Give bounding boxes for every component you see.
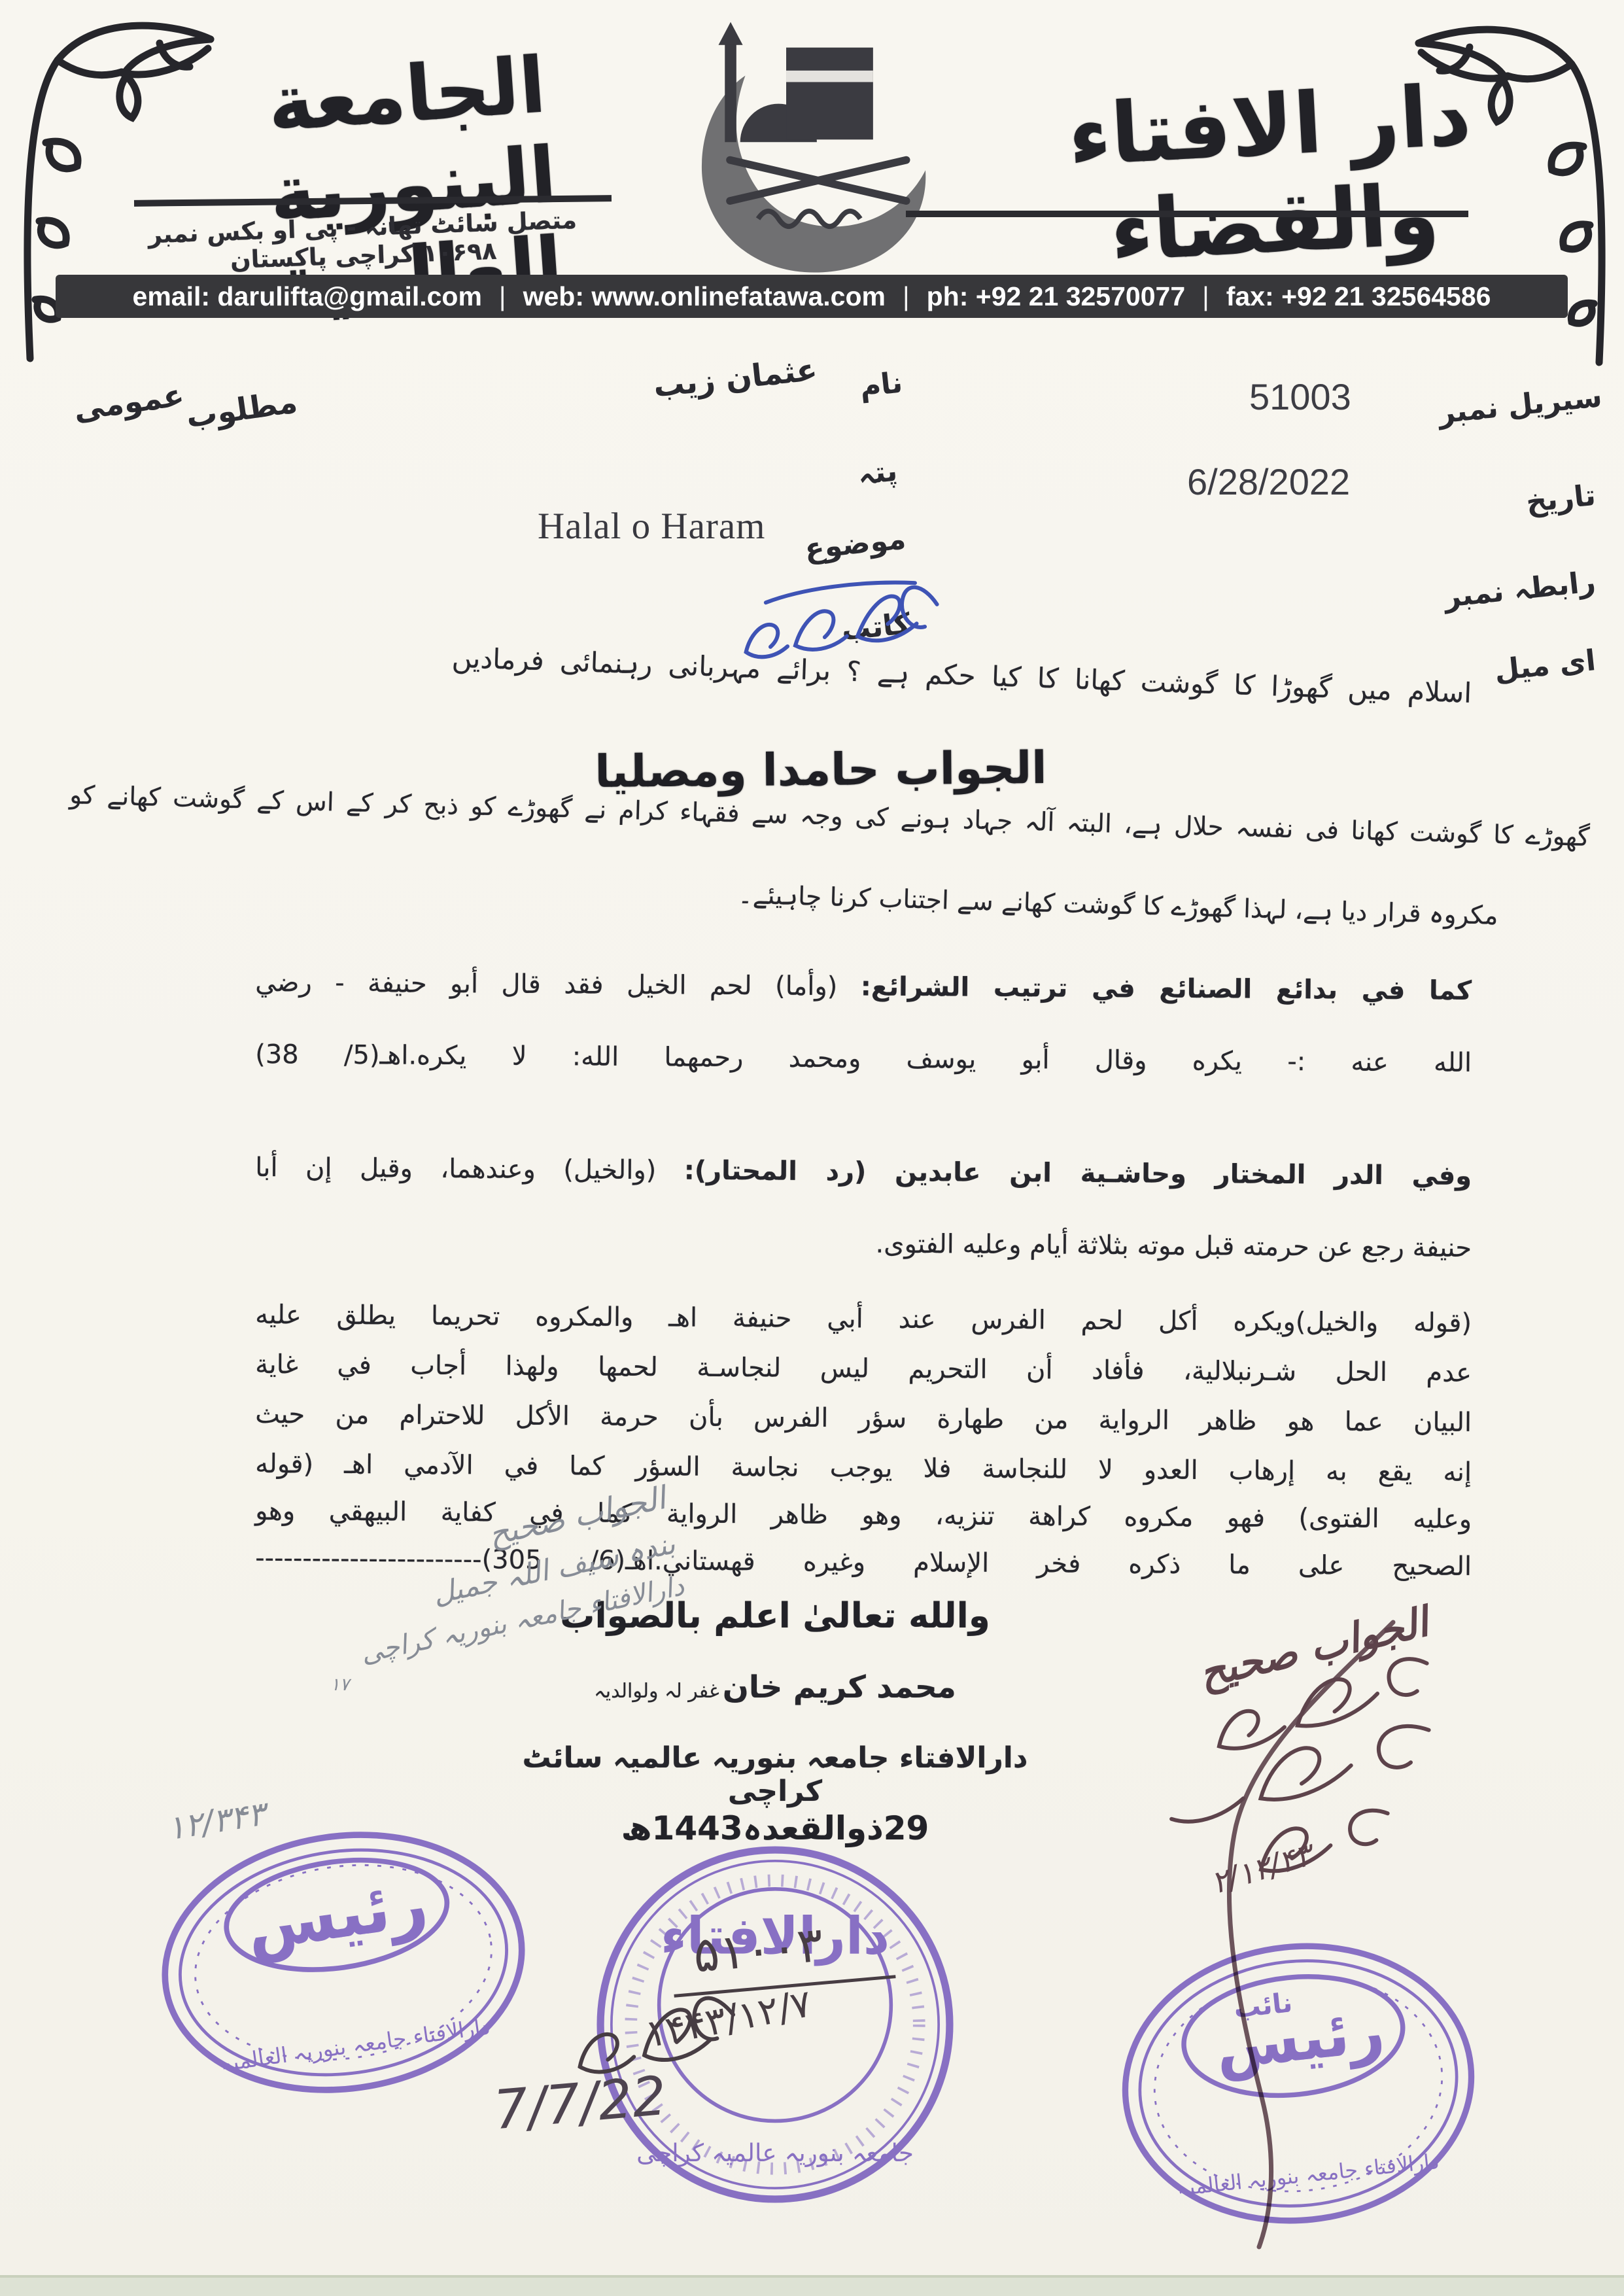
answer-line-2: مکروہ قرار دیا ہے، لہذا گھوڑے کا گوشت کھ… bbox=[69, 861, 1498, 956]
contact-number-label: رابطہ نمبر bbox=[1392, 565, 1597, 619]
contact-divider: | bbox=[1202, 281, 1209, 312]
contact-web: web: www.onlinefatawa.com bbox=[523, 281, 886, 312]
contact-divider: | bbox=[499, 281, 506, 312]
subject-value: Halal o Haram bbox=[538, 505, 819, 548]
contact-divider: | bbox=[903, 281, 910, 312]
vice-president-stamp: نائب رئیس دارالافتاء جامعہ بنوریہ العالم… bbox=[1099, 1908, 1496, 2259]
answer-line-6: حنيفة رجع عن حرمته قبل موته بثلاثة أيام … bbox=[255, 1225, 1472, 1288]
contact-email: email: darulifta@gmail.com bbox=[133, 281, 482, 312]
subject-label: موضوع bbox=[806, 522, 908, 565]
answer-line-5: وفي الدر المختار وحاشـية ابن عابدين (رد … bbox=[255, 1153, 1472, 1216]
answer-line-3: كما في بدائع الصنائع في ترتيب الشرائع: (… bbox=[255, 967, 1472, 1031]
contact-phone: ph: +92 21 32570077 bbox=[927, 281, 1186, 312]
fatwa-document-page: الجامعة البنورية العالمية متصل سائٹ تھان… bbox=[0, 0, 1624, 2296]
date-value: 6/28/2022 bbox=[1187, 461, 1390, 503]
serial-number-value: 51003 bbox=[1249, 375, 1393, 418]
serial-number-label: سیریل نمبر bbox=[1385, 380, 1604, 436]
name-value: عثمان زیب bbox=[659, 352, 819, 404]
mufti-suffix: غفر لہ ولوالدیہ bbox=[594, 1680, 719, 1703]
left-approval-number: ۱۷ bbox=[330, 1675, 349, 1695]
answer-heading: الجواب حامدا ومصلیا bbox=[592, 742, 1050, 798]
answer-line-4: الله عنه :- يكره وقال أبو يوسف ومحمد رحم… bbox=[255, 1039, 1472, 1103]
required-value: عمومی bbox=[71, 377, 186, 428]
dept-title-rule bbox=[906, 211, 1468, 217]
name-label: نام bbox=[816, 366, 905, 408]
mufti-name: محمد کریم خان bbox=[723, 1669, 956, 1705]
email-field-label: ای میل bbox=[1457, 644, 1597, 691]
required-label: مطلوب bbox=[191, 384, 300, 434]
serial-handwritten: ۵۱۰۰۳ bbox=[691, 1917, 825, 1984]
question-text: اسلام میں گھوڑا کا گوشت کھانا کا کیا حکم… bbox=[451, 642, 1472, 709]
svg-text:دارالافتاء جامعہ بنوریہ العالم: دارالافتاء جامعہ بنوریہ العالمیہ bbox=[218, 2014, 491, 2076]
date-label: تاریخ bbox=[1464, 479, 1597, 526]
mufti-signature-line: محمد کریم خان غفر لہ ولوالدیہ bbox=[579, 1669, 971, 1705]
address-label: پتہ bbox=[824, 454, 899, 495]
contact-bar: email: darulifta@gmail.com | web: www.on… bbox=[56, 275, 1568, 318]
jamia-crest-logo bbox=[661, 12, 968, 287]
president-stamp: رئیس دارالافتاء جامعہ بنوریہ العالمیہ bbox=[135, 1794, 551, 2131]
svg-text:جامعہ بنوریہ عالمیہ کراچی: جامعہ بنوریہ عالمیہ کراچی bbox=[636, 2138, 914, 2167]
department-title: دار الافتاء والقضاء bbox=[1012, 64, 1532, 285]
contact-fax: fax: +92 21 32564586 bbox=[1226, 281, 1491, 312]
institute-line: دارالافتاء جامعہ بنوریہ عالمیہ سائٹ کراچ… bbox=[513, 1741, 1037, 1808]
bottom-scan-edge bbox=[0, 2275, 1624, 2296]
